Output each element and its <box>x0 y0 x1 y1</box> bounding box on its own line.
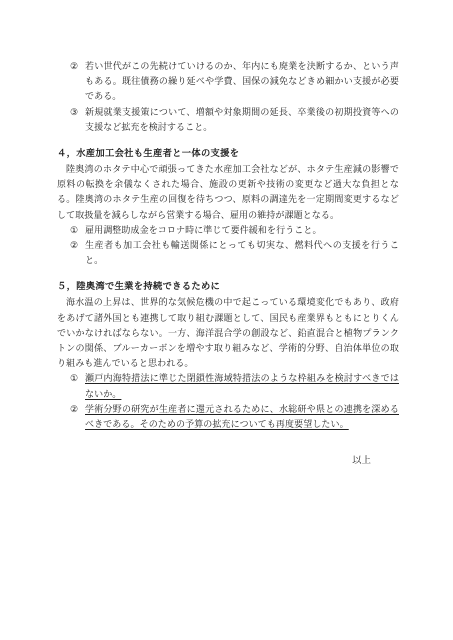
intro-item-list: ② 若い世代がこの先続けていけるのか、年内にも廃業を決断するか、という声もある。… <box>57 60 399 136</box>
circled-number-marker: ① <box>70 372 85 402</box>
list-item: ① 雇用調整助成金をコロナ時に準じて要件緩和を行うこと。 <box>57 224 399 239</box>
section-5-item-list: ① 瀬戸内海特措法に準じた閉鎖性海域特措法のような枠組みを検討すべきではないか。… <box>57 372 399 433</box>
section-5: ５，陸奥湾で生業を持続できるために 海水温の上昇は、世界的な気候危機の中で起こっ… <box>57 278 399 433</box>
list-item-text: 雇用調整助成金をコロナ時に準じて要件緩和を行うこと。 <box>85 224 399 239</box>
document-page: ② 若い世代がこの先続けていけるのか、年内にも廃業を決断するか、という声もある。… <box>0 0 453 640</box>
section-4-paragraph: 陸奥湾のホタテ中心で頑張ってきた水産加工会社などが、ホタテ生産減の影響で原料の転… <box>57 163 399 224</box>
list-item: ② 学術分野の研究が生産者に還元されるために、水総研や県との連携を深めるべきであ… <box>57 403 399 433</box>
list-item: ③ 新規就業支援策について、増額や対象期間の延長、卒業後の初期投資等への支援など… <box>57 106 399 136</box>
list-item-text: 新規就業支援策について、増額や対象期間の延長、卒業後の初期投資等への支援など拡充… <box>85 106 399 136</box>
section-5-heading: ５，陸奥湾で生業を持続できるために <box>57 278 399 295</box>
section-4: ４，水産加工会社も生産者と一体の支援を 陸奥湾のホタテ中心で頑張ってきた水産加工… <box>57 145 399 269</box>
list-item: ② 生産者も加工会社も輸送関係にとっても切実な、燃料代への支援を行うこと。 <box>57 239 399 269</box>
circled-number-marker: ② <box>70 403 85 433</box>
list-item-text: 若い世代がこの先続けていけるのか、年内にも廃業を決断するか、という声もある。既往… <box>85 60 399 106</box>
list-item: ① 瀬戸内海特措法に準じた閉鎖性海域特措法のような枠組みを検討すべきではないか。 <box>57 372 399 402</box>
section-4-heading: ４，水産加工会社も生産者と一体の支援を <box>57 145 399 162</box>
section-4-item-list: ① 雇用調整助成金をコロナ時に準じて要件緩和を行うこと。 ② 生産者も加工会社も… <box>57 224 399 270</box>
list-item-text-underlined: 瀬戸内海特措法に準じた閉鎖性海域特措法のような枠組みを検討すべきではないか。 <box>85 372 399 402</box>
list-item-text: 生産者も加工会社も輸送関係にとっても切実な、燃料代への支援を行うこと。 <box>85 239 399 269</box>
list-item: ② 若い世代がこの先続けていけるのか、年内にも廃業を決断するか、という声もある。… <box>57 60 399 106</box>
document-content: ② 若い世代がこの先続けていけるのか、年内にも廃業を決断するか、という声もある。… <box>57 60 399 468</box>
list-item-text-underlined: 学術分野の研究が生産者に還元されるために、水総研や県との連携を深めるべきである。… <box>85 403 399 433</box>
circled-number-marker: ② <box>70 239 85 269</box>
circled-number-marker: ③ <box>70 106 85 136</box>
circled-number-marker: ② <box>70 60 85 106</box>
circled-number-marker: ① <box>70 224 85 239</box>
closing-text: 以上 <box>57 453 399 468</box>
section-5-paragraph: 海水温の上昇は、世界的な気候危機の中で起こっている環境変化でもあり、政府をあげて… <box>57 296 399 372</box>
